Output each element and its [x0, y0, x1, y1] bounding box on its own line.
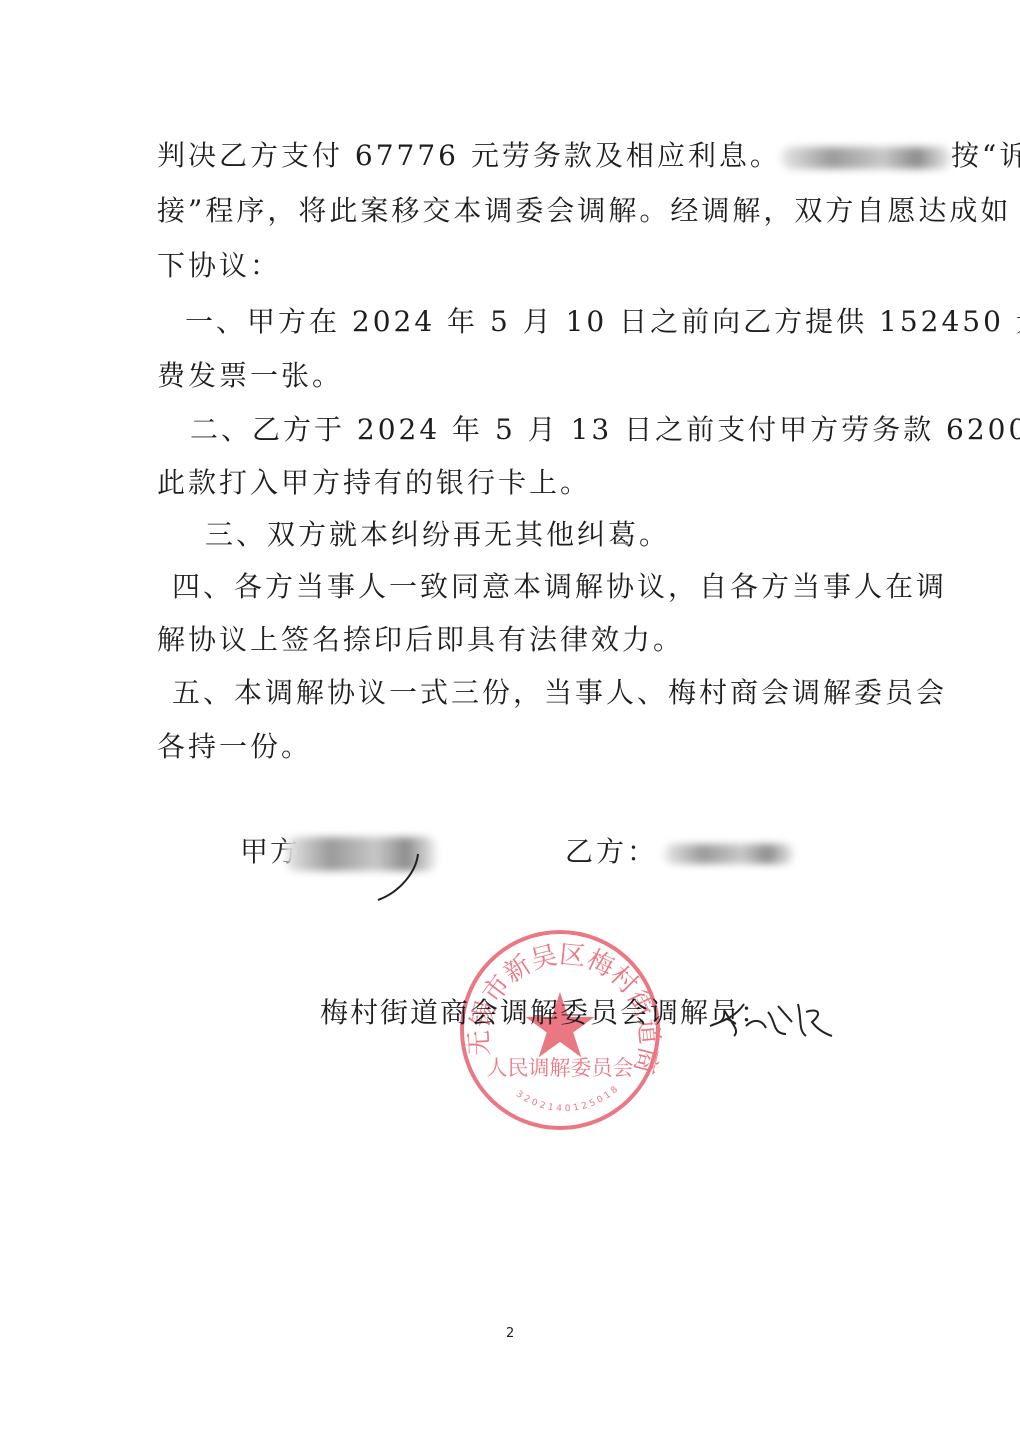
clause-1-line-2: 费发票一张。 — [157, 358, 343, 394]
clause-3: 三、双方就本纠纷再无其他纠葛。 — [205, 517, 670, 553]
clause-4-line-1: 四、各方当事人一致同意本调解协议，自各方当事人在调 — [172, 569, 947, 605]
redacted-party-b — [664, 844, 794, 864]
seal-bottom-text: 人民调解委员会 — [464, 1052, 656, 1082]
intro-text-cont: 按“诉调对 — [951, 139, 1020, 172]
signature-stroke-icon — [370, 850, 430, 910]
clause-2-line-2: 此款打入甲方持有的银行卡上。 — [157, 465, 591, 501]
redacted-name — [781, 147, 951, 169]
clause-4-line-2: 解协议上签名捺印后即具有法律效力。 — [157, 622, 684, 658]
mediator-label: 梅村街道商会调解委员会调解员： — [320, 995, 770, 1031]
clause-5-line-2: 各持一份。 — [157, 729, 312, 765]
clause-5-line-1: 五、本调解协议一式三份，当事人、梅村商会调解委员会 — [172, 675, 947, 711]
paragraph-intro-line-2: 接”程序，将此案移交本调委会调解。经调解，双方自愿达成如 — [157, 193, 1011, 229]
party-b-signature: 乙方： — [565, 834, 794, 870]
party-b-label: 乙方： — [565, 835, 658, 868]
mediator-signature-icon — [706, 990, 836, 1050]
clause-1-line-1: 一、甲方在 2024 年 5 月 10 日之前向乙方提供 152450 元劳务 — [185, 304, 1020, 340]
intro-text: 判决乙方支付 67776 元劳务款及相应利息。 — [157, 139, 781, 172]
svg-text:3202140125018: 3202140125018 — [514, 1083, 622, 1114]
clause-2-line-1: 二、乙方于 2024 年 5 月 13 日之前支付甲方劳务款 62000 元， — [190, 412, 1020, 448]
paragraph-intro-line-3: 下协议： — [157, 248, 281, 284]
paragraph-intro-line-1: 判决乙方支付 67776 元劳务款及相应利息。按“诉调对 — [157, 138, 1020, 174]
page-number: 2 — [506, 1326, 514, 1341]
